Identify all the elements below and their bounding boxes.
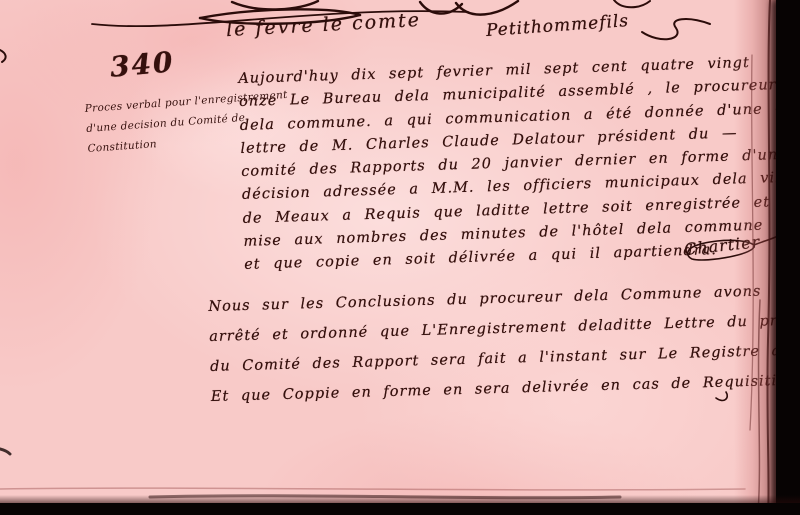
folio-number: 340	[109, 45, 176, 83]
page-edge-shading	[734, 0, 780, 515]
bottom-crease	[0, 488, 745, 490]
manuscript-page: 340 le fevre le comte Petithommefils Pro…	[0, 0, 800, 515]
left-edge-mark	[0, 449, 10, 454]
signature-petithommefils: Petithommefils	[485, 11, 629, 41]
left-edge-mark	[0, 50, 6, 62]
scan-background-bottom	[0, 503, 800, 515]
body-paragraph-2: Nous sur les Conclusions du procureur de…	[208, 276, 786, 412]
petithomme-flourish-icon	[642, 19, 710, 39]
signature-lefevre-lecomte: le fevre le comte	[226, 9, 422, 41]
top-cutoff-stroke-icon	[456, 1, 518, 15]
top-cutoff-stroke-icon	[614, 0, 650, 7]
top-cutoff-stroke-icon	[420, 2, 462, 14]
scan-background-right	[776, 0, 800, 515]
top-cutoff-stroke-icon	[232, 1, 318, 9]
